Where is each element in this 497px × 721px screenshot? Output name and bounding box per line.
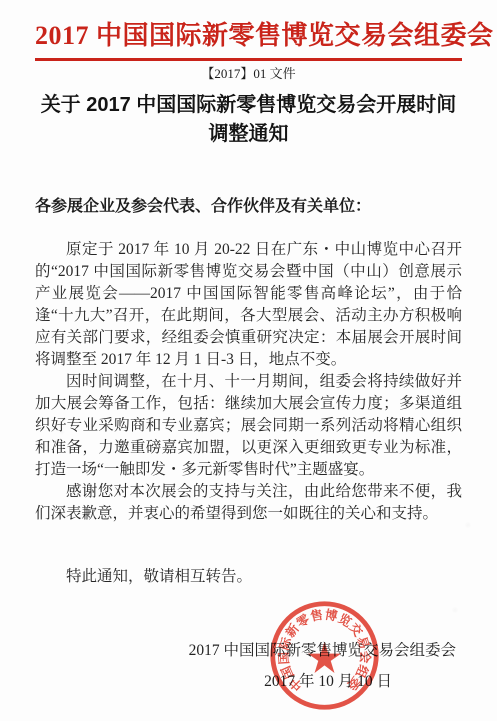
paragraph-schedule-change: 原定于 2017 年 10 月 20-22 日在广东・中山博览中心召开的“201… bbox=[35, 239, 462, 371]
signature-org: 2017 中国国际新零售博览交易会组委会 bbox=[35, 640, 462, 662]
scanned-notice-page: 2017 中国国际新零售博览交易会组委会 【2017】01 文件 关于 2017… bbox=[0, 0, 497, 721]
closing-note: 特此通知，敬请相互转告。 bbox=[35, 566, 462, 588]
notice-title-line2: 调整通知 bbox=[35, 120, 462, 149]
doc-number: 【2017】01 文件 bbox=[35, 65, 462, 82]
paragraph-preparation-plan: 因时间调整，在十月、十一月期间，组委会将持续做好并加大展会筹备工作，包括：继续加… bbox=[35, 371, 462, 481]
paragraph-apology: 感谢您对本次展会的支持与关注，由此给您带来不便，我们深表歉意，并衷心的希望得到您… bbox=[35, 481, 462, 525]
signature-date: 2017 年 10 月 10 日 bbox=[35, 671, 462, 693]
org-header-title: 2017 中国国际新零售博览交易会组委会 bbox=[35, 19, 462, 53]
notice-title-line1: 关于 2017 中国国际新零售博览交易会开展时间 bbox=[35, 91, 462, 120]
salutation: 各参展企业及参会代表、合作伙伴及有关单位： bbox=[35, 196, 462, 218]
signature-block: 2017 中国国际新零售博览交易会组委会 2017 年 10 月 10 日 bbox=[35, 640, 462, 693]
header-divider bbox=[35, 58, 462, 61]
